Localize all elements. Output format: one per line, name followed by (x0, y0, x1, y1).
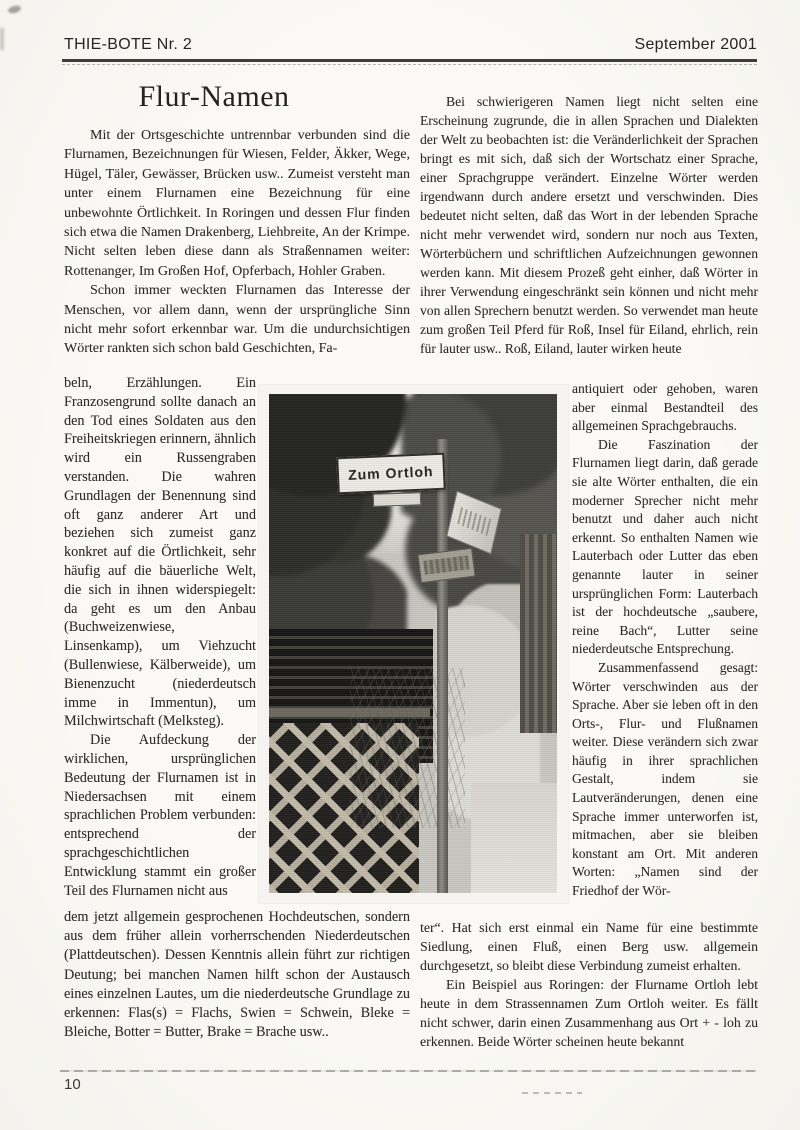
header-rule-shadow (62, 64, 757, 65)
paragraph: Zusammenfassend gesagt: Wörter verschwin… (572, 659, 758, 901)
right-column-narrow: antiquiert oder gehoben, waren aber einm… (572, 380, 758, 901)
article-title: Flur-Namen (64, 80, 364, 114)
paragraph: Ein Beispiel aus Roringen: der Flurname … (420, 975, 758, 1051)
document-page: THIE-BOTE Nr. 2 September 2001 Flur-Name… (0, 0, 800, 1130)
left-column-narrow: beln, Erzählungen. Ein Franzosengrund so… (64, 374, 256, 900)
paragraph: Bei schwierigeren Namen liegt nicht selt… (420, 92, 758, 358)
paragraph: Die Faszination der Flurnamen liegt dari… (572, 436, 758, 659)
paragraph: Schon immer weckten Flurnamen das Intere… (64, 281, 410, 359)
street-name-sign: Zum Ortloh (336, 453, 445, 495)
street-sign-text: Zum Ortloh (347, 464, 433, 484)
page-header: THIE-BOTE Nr. 2 September 2001 (64, 36, 757, 54)
paragraph: Mit der Ortsgeschichte untrennbar verbun… (64, 126, 410, 281)
photo-image: Zum Ortloh (269, 394, 557, 893)
paragraph: dem jetzt allgemein gesprochenen Hochdeu… (64, 908, 410, 1042)
photo-path (471, 783, 557, 893)
scan-artifact (522, 1092, 582, 1094)
scan-artifact (7, 4, 21, 14)
right-column-bottom: ter“. Hat sich erst einmal ein Name für … (420, 918, 758, 1051)
paragraph: ter“. Hat sich erst einmal ein Name für … (420, 918, 758, 975)
issue-date: September 2001 (634, 36, 757, 54)
page-number: 10 (64, 1076, 81, 1093)
paragraph: Die Aufdeckung der wirklichen, ursprüngl… (64, 731, 256, 900)
right-column-top: Bei schwierigeren Namen liegt nicht selt… (420, 92, 758, 358)
photo-small-plate (372, 492, 421, 507)
left-column-bottom: dem jetzt allgemein gesprochenen Hochdeu… (64, 908, 410, 1042)
paragraph: beln, Erzählungen. Ein Franzosengrund so… (64, 374, 256, 731)
photo-sign-pole (437, 439, 448, 893)
paragraph: antiquiert oder gehoben, waren aber einm… (572, 380, 758, 436)
photo-plank-wall (520, 534, 557, 734)
photo-street-sign: Zum Ortloh (259, 385, 568, 903)
footer-rule (60, 1070, 757, 1072)
scan-artifact (0, 28, 4, 50)
left-column-top: Mit der Ortsgeschichte untrennbar verbun… (64, 126, 410, 359)
header-rule (62, 59, 757, 62)
newsletter-title: THIE-BOTE Nr. 2 (64, 36, 192, 54)
